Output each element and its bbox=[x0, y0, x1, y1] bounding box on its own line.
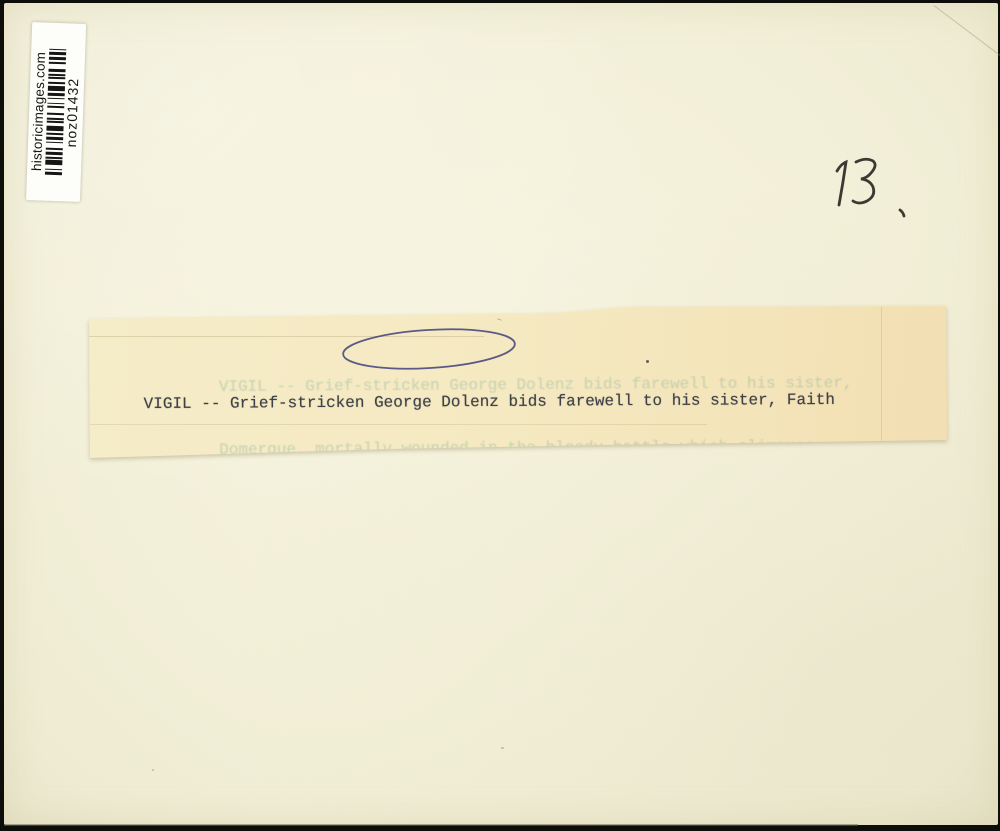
barcode-bar bbox=[47, 107, 64, 113]
caption-strip: VIGIL -- Grief-stricken George Dolenz bi… bbox=[89, 303, 947, 461]
barcode-bar bbox=[46, 151, 63, 155]
caption-line: Hughes' highly controversial melodrama, … bbox=[144, 516, 835, 541]
ink-speck bbox=[646, 360, 649, 363]
barcode-bar bbox=[48, 85, 65, 91]
ink-speck bbox=[152, 769, 154, 771]
barcode-bar bbox=[48, 69, 65, 73]
photo-back-paper: historicimages.com noz01432 13. VIGIL --… bbox=[4, 3, 998, 825]
sticker-code-text: noz01432 bbox=[64, 78, 81, 148]
barcode-bar bbox=[47, 123, 64, 127]
caption-text: VIGIL -- Grief-stricken George Dolenz bi… bbox=[143, 348, 836, 583]
barcode-bar bbox=[49, 63, 66, 69]
barcode-bar bbox=[48, 79, 65, 83]
barcode-bar bbox=[46, 136, 63, 140]
crease-mark bbox=[933, 5, 1000, 59]
barcode-bar bbox=[49, 57, 66, 61]
crease-mark bbox=[881, 307, 882, 455]
barcode-bar bbox=[47, 114, 64, 118]
barcode-bar bbox=[46, 143, 63, 149]
barcode-bar bbox=[48, 92, 65, 96]
inventory-sticker: historicimages.com noz01432 bbox=[26, 22, 86, 202]
ink-circle-annotation-icon bbox=[339, 323, 523, 377]
ink-speck bbox=[501, 747, 504, 749]
handwriting-strokes-icon bbox=[812, 151, 932, 231]
caption-line: Domergue, mortally wounded in the bloody… bbox=[144, 453, 835, 478]
handwritten-page-number: 13. bbox=[812, 151, 932, 231]
barcode-bar bbox=[46, 126, 63, 132]
barcode-bar bbox=[45, 160, 62, 166]
barcode-bar bbox=[49, 52, 66, 56]
barcode-bar bbox=[45, 165, 62, 169]
barcode-bar bbox=[45, 172, 62, 176]
caption-strip-shadow: VIGIL -- Grief-stricken George Dolenz bi… bbox=[89, 303, 947, 461]
caption-line: VIGIL -- Grief-stricken George Dolenz bi… bbox=[144, 390, 835, 415]
barcode-bar bbox=[47, 99, 64, 103]
inventory-sticker-label: historicimages.com noz01432 bbox=[26, 22, 86, 202]
